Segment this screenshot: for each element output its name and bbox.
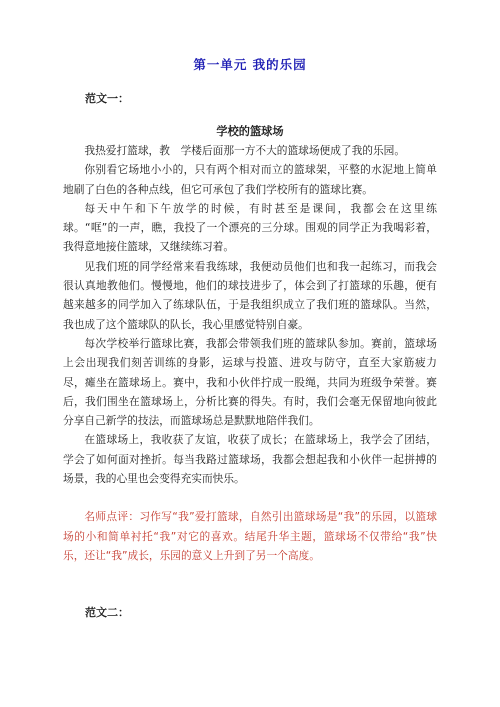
essay-paragraph-5: 每次学校举行篮球比赛，我都会带领我们班的篮球队参加。赛前，篮球场上会出现我们刻苦… bbox=[63, 334, 437, 430]
document-page: 第一单元 我的乐园 范文一： 学校的篮球场 我热爱打篮球，教 学楼后面那一方不大… bbox=[0, 0, 500, 707]
essay-paragraph-4: 见我们班的同学经常来看我练球，我便动员他们也和我一起练习，而我会很认真地教他们。… bbox=[63, 257, 437, 334]
section-label-1: 范文一： bbox=[63, 89, 437, 108]
unit-title: 第一单元 我的乐园 bbox=[63, 55, 437, 75]
essay-paragraph-6: 在篮球场上，我收获了友谊，收获了成长；在篮球场上，我学会了团结，学会了如何面对挫… bbox=[63, 430, 437, 488]
essay-title: 学校的篮球场 bbox=[63, 122, 437, 141]
essay-paragraph-2: 你别看它场地小小的，只有两个相对而立的篮球架，平整的水泥地上简单地刷了白色的各种… bbox=[63, 160, 437, 199]
section-label-2: 范文二： bbox=[63, 603, 437, 622]
teacher-comment: 名师点评：习作写“我”爱打篮球，自然引出篮球场是“我”的乐园，以篮球场的小和简单… bbox=[63, 507, 437, 565]
essay-paragraph-3: 每天中午和下午放学的时候，有时甚至是课间，我都会在这里练球。“哐”的一声，瞧，我… bbox=[63, 199, 437, 257]
essay-paragraph-1: 我热爱打篮球，教 学楼后面那一方不大的篮球场便成了我的乐园。 bbox=[63, 141, 437, 160]
